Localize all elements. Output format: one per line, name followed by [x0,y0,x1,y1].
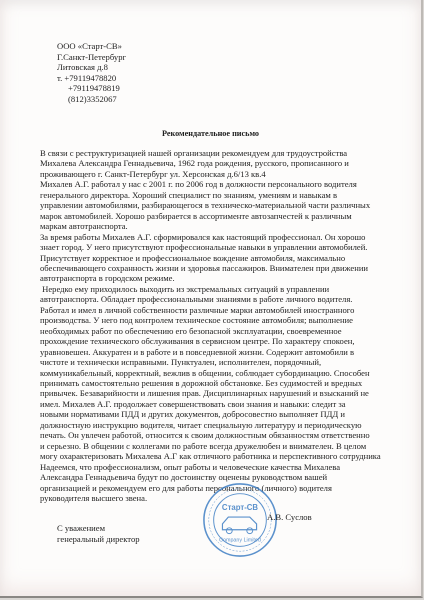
body-line: могу охарактеризовать Михалева А.Г как о… [40,451,390,461]
body-line: автотранспорта. Обладает профессиональны… [40,294,390,304]
body-line: должностную инструкцию водителя, читает … [40,420,390,430]
body-line: проживающего г. Санкт-Петербург ул. Херс… [40,169,390,179]
body-line: В связи с реструктуризацией нашей органи… [40,148,390,158]
body-line: марок автомобилей. Хорошо разбирается в … [40,211,390,221]
company-header: ООО «Старт-СВ» Г.Санкт-Петербург Литовск… [57,41,126,105]
body-line: уравновешен. Аккуратен и в работе и в по… [40,347,390,357]
body-line: имел. Михалев А.Г. продолжает совершенст… [40,399,390,409]
body-line: генерального директора. Хороший специали… [40,190,390,200]
closing-phrase: С уважением [57,523,140,534]
company-phone-3: (812)3352067 [57,94,126,105]
letter-body: В связи с реструктуризацией нашей органи… [40,148,390,503]
body-line: Михалев А.Г. работал у нас с 2001 г. по … [40,179,390,189]
body-line: обеспечивающего сохранность жизни и здор… [40,263,390,273]
company-city: Г.Санкт-Петербург [57,52,126,63]
body-line: За время работы Михалев А.Г. сформировал… [40,232,390,242]
body-line: и серьезно. В общении с коллегами по раб… [40,441,390,451]
body-line: маркам автотранспорта. [40,221,390,231]
body-line: Надеемся, что профессионализм, опыт рабо… [40,462,390,472]
letter-page: ООО «Старт-СВ» Г.Санкт-Петербург Литовск… [0,0,423,598]
body-line: управлении автомобилями, разбирающегося … [40,200,390,210]
company-phone-1: т. +79119478820 [57,73,126,84]
body-line: печать. Он увлечен работой, относится к … [40,430,390,440]
body-line: новыми нормативами ПДД и других документ… [40,409,390,419]
body-line: Работал и имел в личной собственности ра… [40,305,390,315]
stamp-center-text: Старт-СВ [222,503,258,512]
body-line: Присутствует корректное и профессиональн… [40,253,390,263]
body-line: автотранспорта в городском режиме. [40,273,390,283]
body-line: необходимых работ по обеспечению его без… [40,326,390,336]
company-street: Литовская д.8 [57,62,126,73]
signature-block: С уважением генеральный директор [57,523,140,544]
body-line: прохождение технического обслуживания в … [40,336,390,346]
letter-title: Рекомендательное письмо [0,129,421,138]
company-phone-2: +79119478819 [57,83,126,94]
body-line: коммуникабельный, корректный, вежлив в о… [40,368,390,378]
body-line: привычек. Безаварийности и лишения прав.… [40,388,390,398]
body-line: производства. У него под контролем техни… [40,315,390,325]
stamp-bottom-text: Company Limited [219,537,261,543]
signer-position: генеральный директор [57,534,140,545]
signer-name: А.В. Суслов [267,512,312,522]
body-line: знает город. У него присутствуют професс… [40,242,390,252]
company-name: ООО «Старт-СВ» [57,41,126,52]
body-line: Нередко ему приходилось выходить из экст… [40,284,390,294]
body-line: Михалева Александра Геннадьевича, 1962 г… [40,158,390,168]
body-line: чистоте и технически исправными. Пунктуа… [40,357,390,367]
body-line: принимать самостоятельно решения в дорож… [40,378,390,388]
